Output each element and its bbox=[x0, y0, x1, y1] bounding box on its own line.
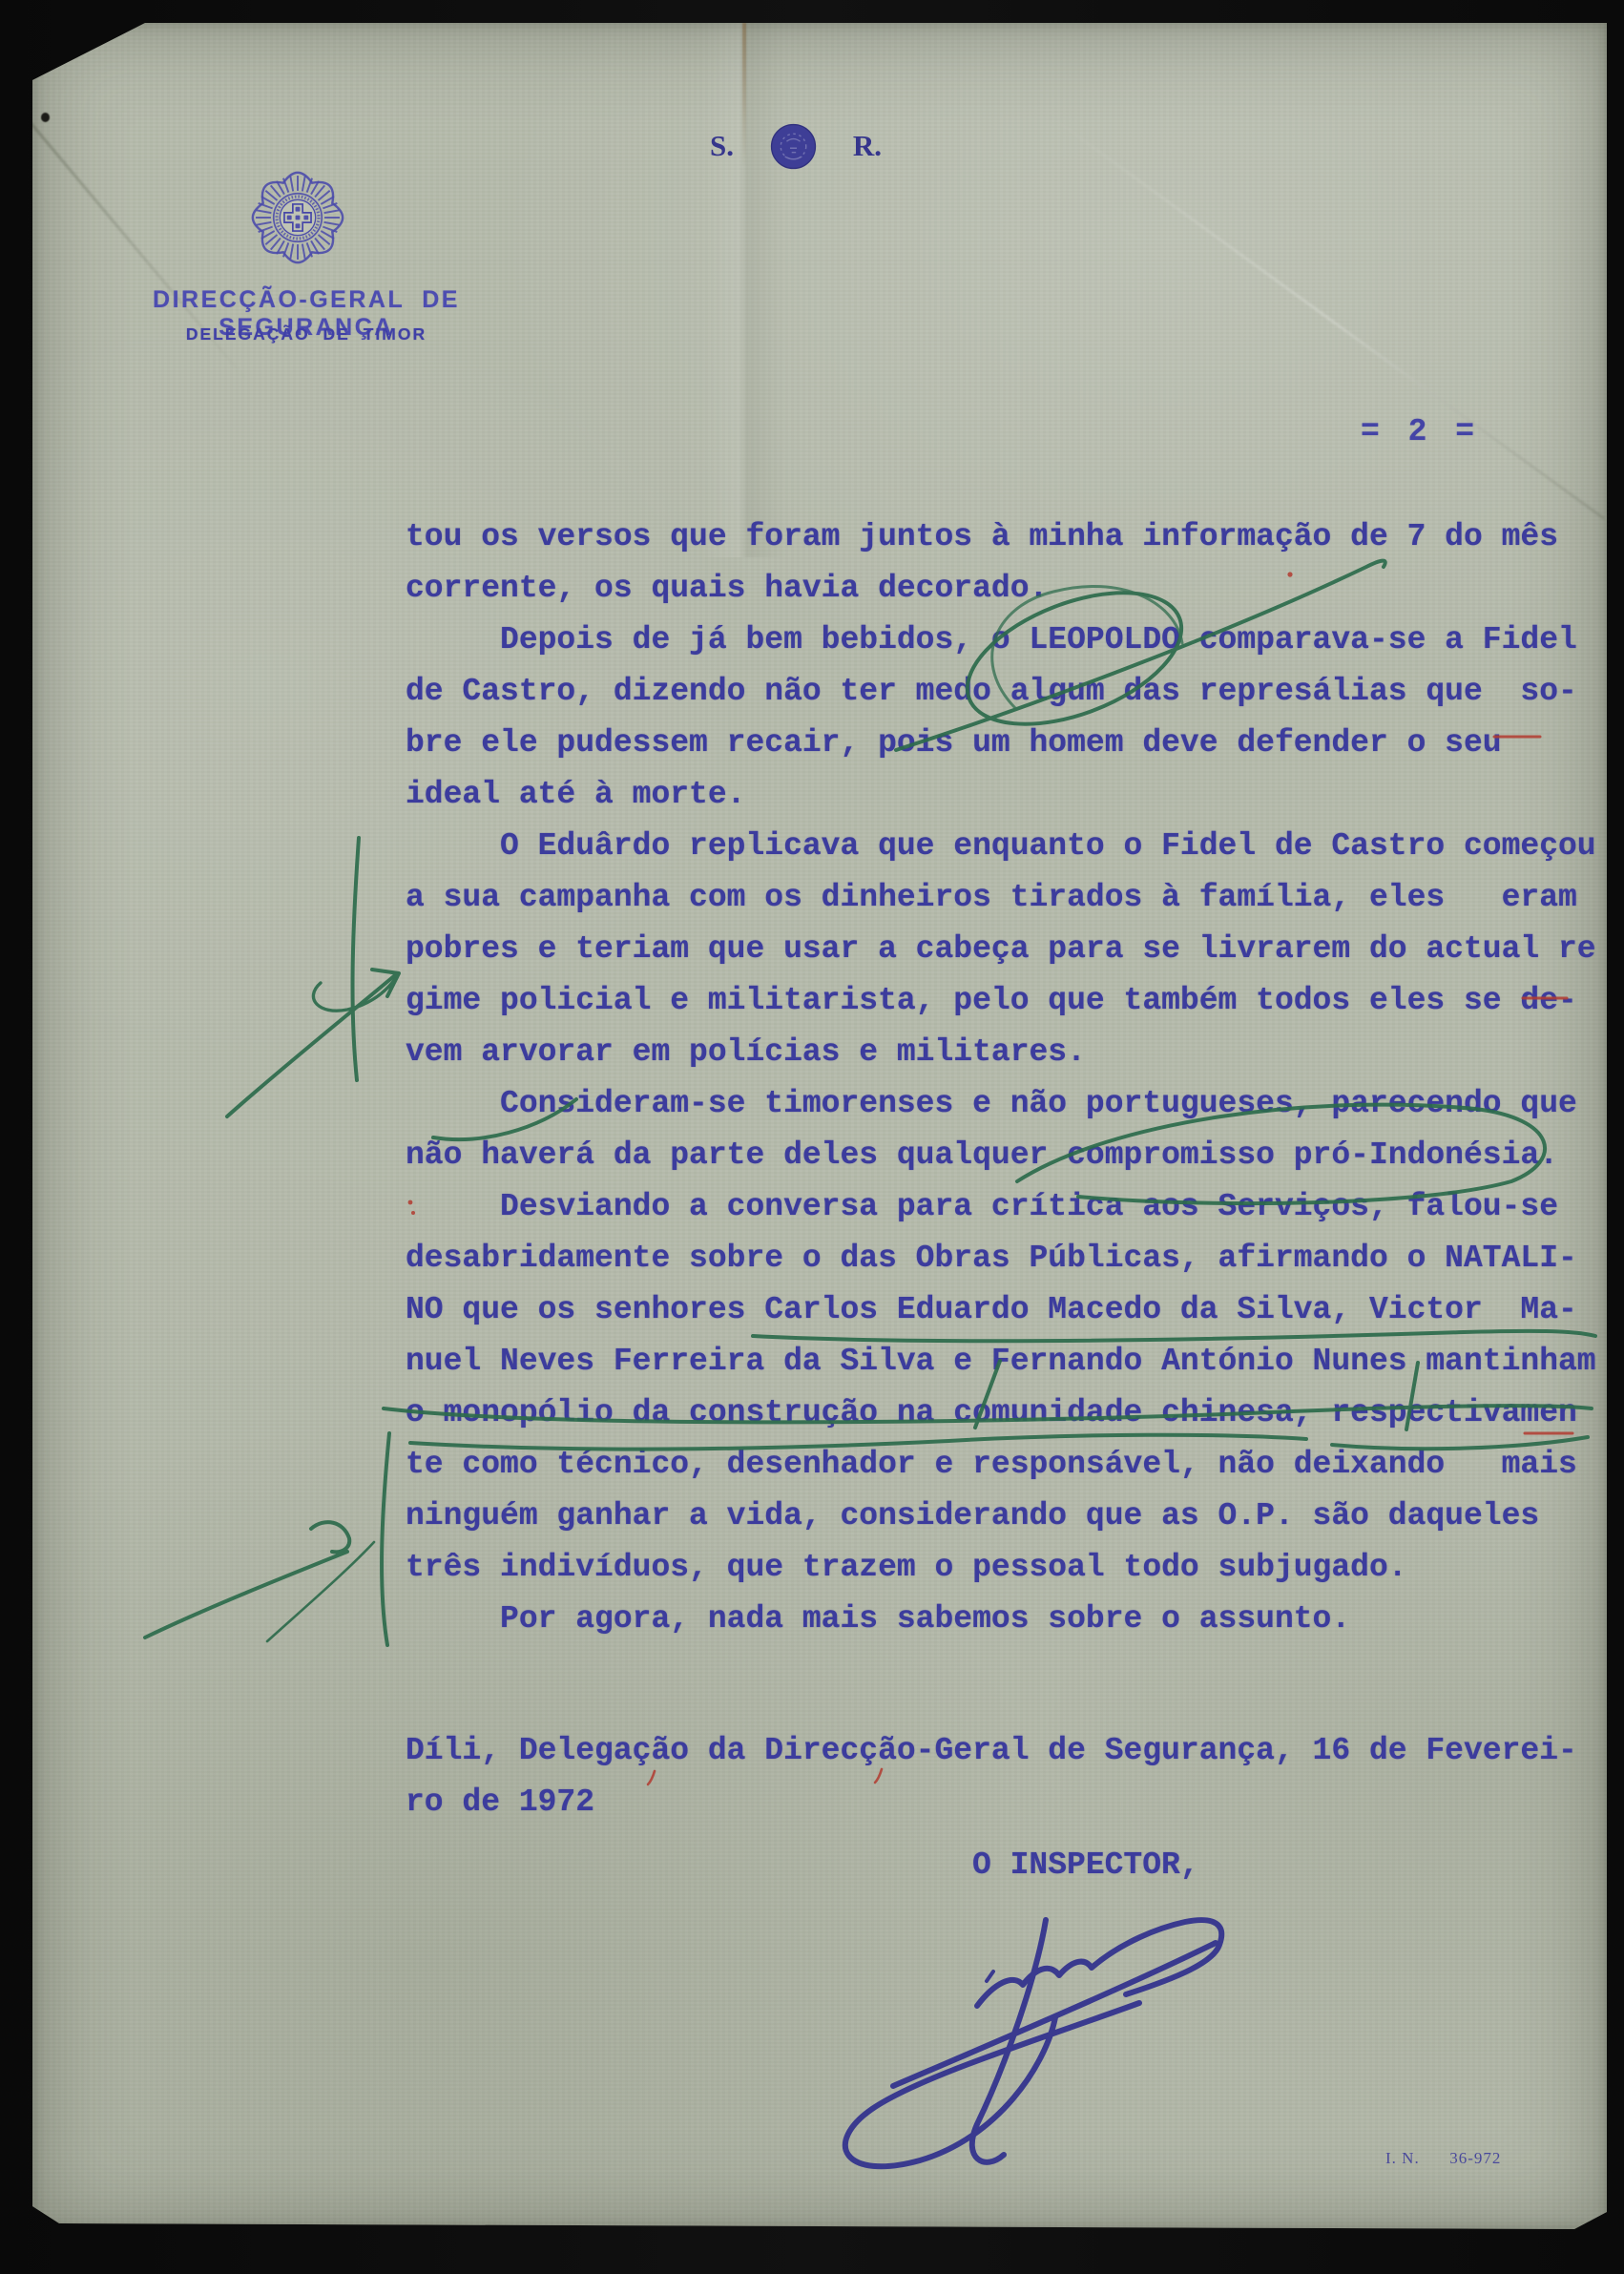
typed-line: ninguém ganhar a vida, considerando que … bbox=[406, 1491, 1596, 1542]
typed-line: Díli, Delegação da Direcção-Geral de Seg… bbox=[406, 1725, 1577, 1777]
typed-line: ro de 1972 bbox=[406, 1777, 1577, 1828]
page-number: = 2 = bbox=[1361, 414, 1479, 449]
staple-hole bbox=[38, 65, 45, 73]
typed-line: três indivíduos, que trazem o pessoal to… bbox=[406, 1542, 1596, 1594]
typed-line: vem arvorar em polícias e militares. bbox=[406, 1027, 1596, 1078]
typed-line: corrente, os quais havia decorado. bbox=[406, 563, 1596, 615]
dateline: Díli, Delegação da Direcção-Geral de Seg… bbox=[406, 1725, 1577, 1828]
typed-body: tou os versos que foram juntos à minha i… bbox=[406, 511, 1596, 1645]
typed-line: de Castro, dizendo não ter medo algum da… bbox=[406, 666, 1596, 718]
typed-line: gime policial e militarista, pelo que ta… bbox=[406, 975, 1596, 1027]
green-arrowhead-upper bbox=[372, 970, 399, 996]
green-margin-arrow-lower bbox=[145, 1552, 347, 1638]
typed-line: Desviando a conversa para crítica aos Se… bbox=[406, 1181, 1596, 1233]
typed-line: bre ele pudessem recair, pois um homem d… bbox=[406, 718, 1596, 769]
typed-line: a sua campanha com os dinheiros tirados … bbox=[406, 872, 1596, 924]
typed-line: NO que os senhores Carlos Eduardo Macedo… bbox=[406, 1284, 1596, 1336]
document-page: DIRECÇÃO-GERAL DE SEGURANÇA DELEGAÇÃO DE… bbox=[32, 23, 1607, 2229]
typed-line: Por agora, nada mais sabemos sobre o ass… bbox=[406, 1594, 1596, 1645]
typed-line: tou os versos que foram juntos à minha i… bbox=[406, 511, 1596, 563]
typed-line: O Eduârdo replicava que enquanto o Fidel… bbox=[406, 821, 1596, 872]
scanned-document-photo: DIRECÇÃO-GERAL DE SEGURANÇA DELEGAÇÃO DE… bbox=[0, 0, 1624, 2274]
paper-fold-shading bbox=[700, 23, 786, 557]
security-directorate-star-badge-icon bbox=[242, 162, 353, 273]
letterhead-delegation-name: DELEGAÇÃO DE TIMOR bbox=[71, 324, 542, 344]
inspector-signature bbox=[845, 1920, 1221, 2166]
paper-fold-line bbox=[1048, 114, 1605, 520]
green-margin-line-upper bbox=[353, 838, 359, 1080]
round-ink-stamp-icon bbox=[768, 121, 819, 172]
typed-line: pobres e teriam que usar a cabeça para s… bbox=[406, 924, 1596, 975]
sr-letter-s: S. bbox=[710, 129, 734, 163]
sr-letter-r: R. bbox=[853, 129, 882, 163]
green-margin-arrow-upper bbox=[227, 975, 395, 1116]
staple-hole bbox=[41, 113, 50, 122]
typed-line: o monopólio da construção na comunidade … bbox=[406, 1387, 1596, 1439]
print-reference-code: I. N. 36-972 bbox=[1385, 2149, 1501, 2168]
green-margin-loop bbox=[313, 979, 395, 1011]
typed-line: Depois de já bem bebidos, o LEOPOLDO com… bbox=[406, 615, 1596, 666]
typed-line: não haverá da parte deles qualquer compr… bbox=[406, 1130, 1596, 1181]
green-arrowhead-lower bbox=[311, 1522, 349, 1552]
typed-line: te como técnico, desenhador e responsáve… bbox=[406, 1439, 1596, 1491]
typed-line: Consideram-se timorenses e não portugues… bbox=[406, 1078, 1596, 1130]
typed-line: ideal até à morte. bbox=[406, 769, 1596, 821]
green-margin-thin-diagonal bbox=[267, 1542, 374, 1641]
green-margin-line-lower bbox=[382, 1433, 389, 1645]
typed-line: desabridamente sobre o das Obras Pública… bbox=[406, 1233, 1596, 1284]
typed-line: nuel Neves Ferreira da Silva e Fernando … bbox=[406, 1336, 1596, 1387]
sr-emblem: S. R. bbox=[710, 118, 882, 174]
signoff-title: O INSPECTOR, bbox=[972, 1840, 1199, 1891]
